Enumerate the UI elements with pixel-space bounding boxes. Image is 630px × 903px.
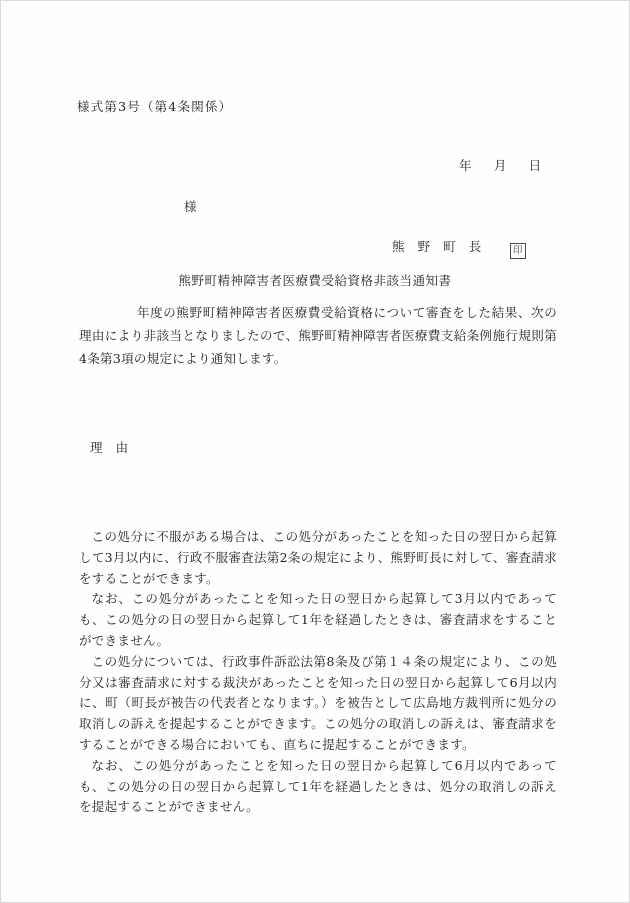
document-page: 様式第3号（第4条関係） 年月日 様 熊 野 町 長印 熊野町精神障害者医療費受… — [0, 0, 630, 903]
reason-heading: 理 由 — [90, 438, 128, 456]
form-number: 様式第3号（第4条関係） — [77, 97, 232, 115]
recipient-honorific: 様 — [184, 197, 197, 215]
month-label: 月 — [494, 158, 507, 173]
note-paragraph: この処分については、行政事件訴訟法第8条及び第１４条の規定により、この処分又は審… — [79, 652, 557, 756]
note-paragraph: なお、この処分があったことを知った日の翌日から起算して3月以内であっても、この処… — [79, 589, 557, 651]
sender-line: 熊 野 町 長印 — [392, 237, 526, 259]
date-line: 年月日 — [459, 156, 541, 174]
intro-paragraph: 年度の熊野町精神障害者医療費受給資格について審査をした結果、次の理由により非該当… — [79, 302, 557, 370]
note-paragraph: なお、この処分があったことを知った日の翌日から起算して6月以内であっても、この処… — [79, 756, 557, 818]
year-label: 年 — [459, 158, 472, 173]
sender-name: 熊 野 町 長 — [392, 239, 482, 254]
note-paragraph: この処分に不服がある場合は、この処分があったことを知った日の翌日から起算して3月… — [79, 527, 557, 589]
notes-section: この処分に不服がある場合は、この処分があったことを知った日の翌日から起算して3月… — [79, 527, 557, 818]
document-title: 熊野町精神障害者医療費受給資格非該当通知書 — [1, 271, 629, 289]
seal-stamp-icon: 印 — [510, 243, 526, 259]
day-label: 日 — [529, 158, 542, 173]
